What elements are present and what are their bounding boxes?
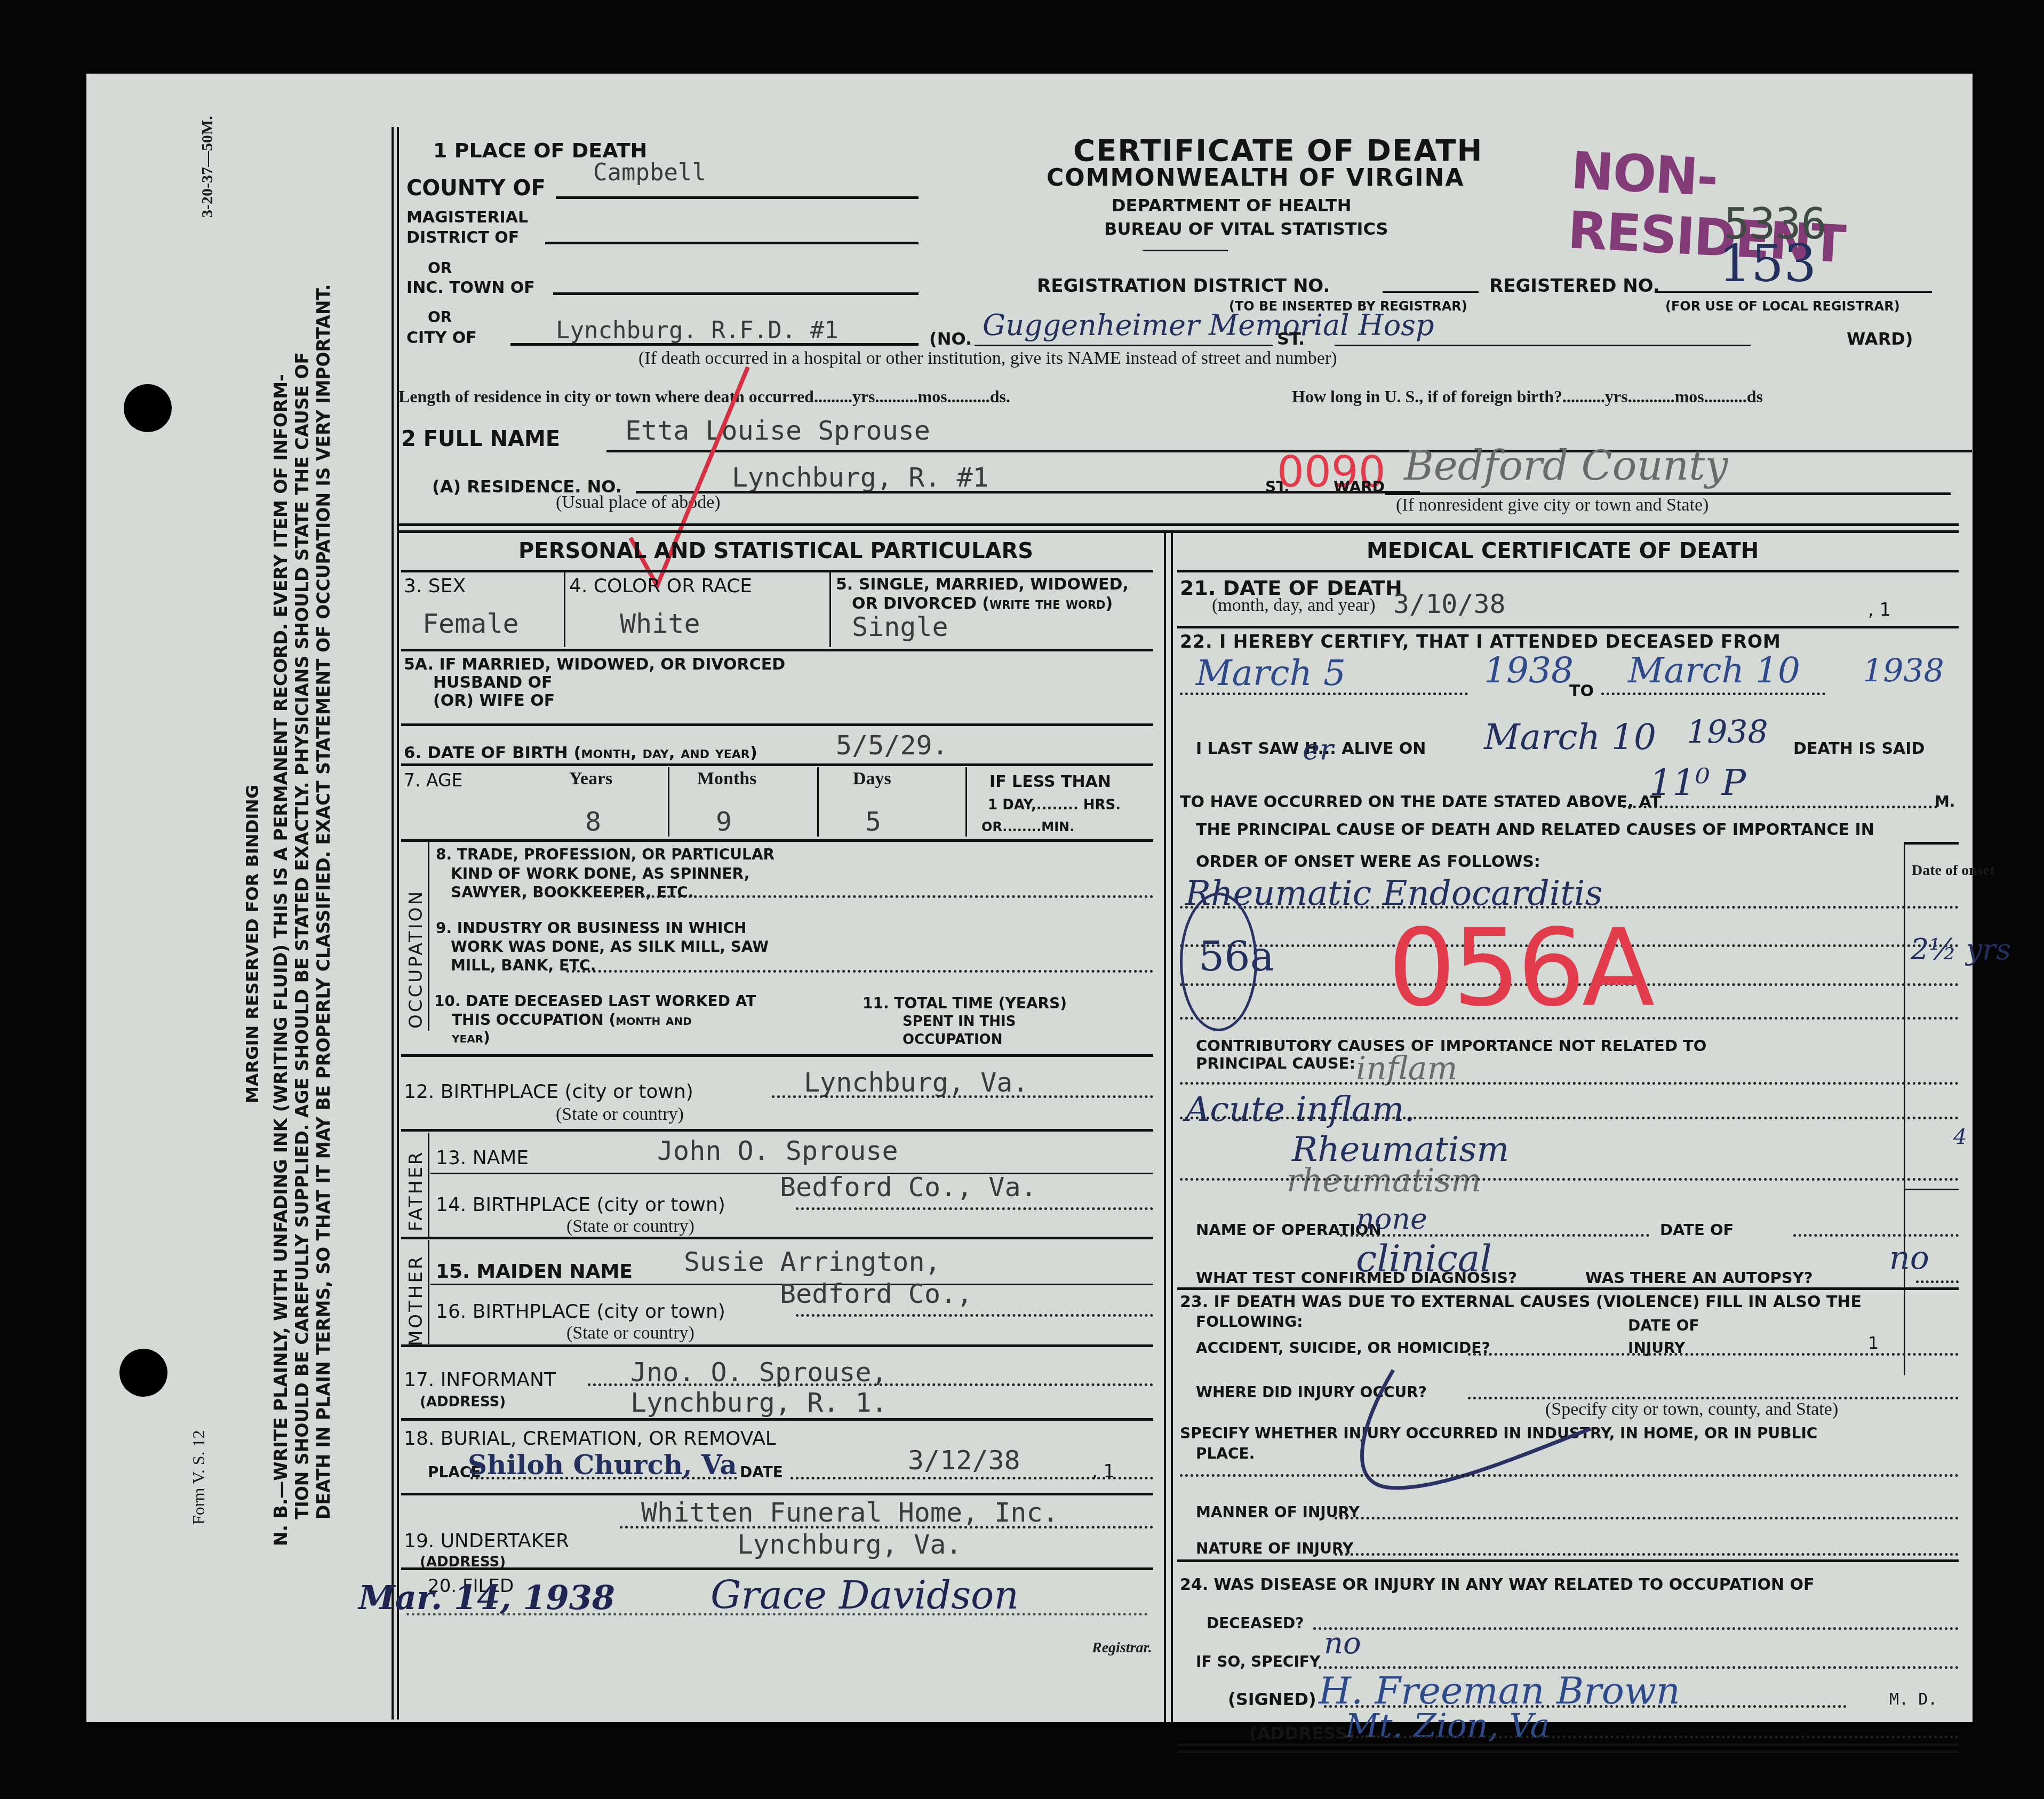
total-time-label-2: SPENT IN THIS xyxy=(903,1014,1016,1030)
dod-note: (month, day, and year) xyxy=(1212,595,1376,616)
birthplace-note: (State or country) xyxy=(556,1104,684,1125)
days-label: Days xyxy=(853,769,891,789)
st-label-header: ST. xyxy=(1277,329,1305,349)
mother-birthplace-label: 16. BIRTHPLACE (city or town) xyxy=(436,1301,725,1323)
ward-value[interactable]: Bedford County xyxy=(1404,442,1728,489)
dod-rule xyxy=(1177,626,1959,628)
cause-intro-2: ORDER OF ONSET WERE AS FOLLOWS: xyxy=(1196,853,1540,871)
months-label: Months xyxy=(697,769,756,789)
contributory-dotline-2 xyxy=(1180,1117,1959,1119)
inc-town-label: INC. TOWN OF xyxy=(406,278,535,297)
autopsy-label: WAS THERE AN AUTOPSY? xyxy=(1585,1269,1813,1287)
external-label-1: 23. IF DEATH WAS DUE TO EXTERNAL CAUSES … xyxy=(1180,1293,1862,1311)
column-divider-inner xyxy=(1171,532,1173,1722)
operation-value[interactable]: none xyxy=(1356,1202,1427,1236)
physician-address-dotline xyxy=(1345,1736,1959,1738)
autopsy-dotline xyxy=(1916,1280,1959,1283)
how-long-in-us: How long in U. S., if of foreign birth?.… xyxy=(1292,387,1763,407)
external-label-2: FOLLOWING: xyxy=(1196,1313,1303,1331)
onset-value[interactable]: 2½ yrs xyxy=(1911,933,2011,966)
row-rule-occupation xyxy=(401,1054,1153,1057)
contributory-onset: 4 xyxy=(1953,1125,1967,1149)
total-time-label-3: OCCUPATION xyxy=(903,1032,1002,1048)
date-of-onset-label: Date of onset xyxy=(1912,862,1995,879)
father-birthplace-label: 14. BIRTHPLACE (city or town) xyxy=(436,1194,725,1216)
father-birthplace-dotline xyxy=(796,1207,1153,1210)
age-divider-2 xyxy=(817,767,819,837)
months-value[interactable]: 9 xyxy=(716,806,732,837)
marital-label-1: 5. SINGLE, MARRIED, WIDOWED, xyxy=(836,575,1129,594)
punch-hole-bottom xyxy=(119,1349,167,1397)
onset-divider xyxy=(1904,842,1905,1375)
spouse-label-2: HUSBAND OF xyxy=(433,673,553,692)
father-birthplace-value[interactable]: Bedford Co., Va. xyxy=(780,1172,1037,1203)
age-label: 7. AGE xyxy=(404,770,462,791)
contributory-dotline-3 xyxy=(1180,1178,1959,1181)
row-rule-3 xyxy=(401,649,1153,651)
time-of-death-value[interactable]: 11⁰ P xyxy=(1649,762,1746,804)
bottom-rule-1 xyxy=(1177,1744,1959,1746)
date-of-injury-label: DATE OF xyxy=(1628,1317,1699,1334)
attended-from-year[interactable]: 1938 xyxy=(1484,650,1574,691)
personal-rule xyxy=(401,570,1153,572)
row-rule-undertaker xyxy=(401,1567,1153,1570)
contributory-1-value[interactable]: Acute inflam. xyxy=(1185,1090,1415,1129)
contributory-dotline-1 xyxy=(1180,1082,1959,1085)
father-name-value[interactable]: John O. Sprouse xyxy=(657,1135,898,1166)
medical-rule xyxy=(1177,570,1959,572)
personal-heading: PERSONAL AND STATISTICAL PARTICULARS xyxy=(518,539,1033,563)
section-rule-2 xyxy=(398,530,1959,533)
commonwealth-title: COMMONWEALTH OF VIRGINA xyxy=(1047,164,1465,192)
age-divider-3 xyxy=(965,767,967,837)
or-label-2: OR xyxy=(428,308,452,326)
undertaker-address-value[interactable]: Lynchburg, Va. xyxy=(737,1529,962,1560)
residence-value[interactable]: Lynchburg, R. #1 xyxy=(732,462,989,493)
county-line xyxy=(556,196,919,199)
occupation-related-dotline xyxy=(1313,1627,1959,1630)
occurred-label: TO HAVE OCCURRED ON THE DATE STATED ABOV… xyxy=(1180,793,1661,811)
row-rule-mother xyxy=(401,1344,1153,1347)
city-value[interactable]: Lynchburg. R.F.D. #1 xyxy=(556,317,839,344)
less-than-3: OR........MIN. xyxy=(981,819,1074,834)
mother-side-label: MOTHER xyxy=(405,1254,427,1346)
time-dotline xyxy=(1623,806,1937,808)
binding-note: MARGIN RESERVED FOR BINDING xyxy=(242,785,262,1103)
last-saw-pronoun[interactable]: er xyxy=(1303,733,1334,766)
ward-label-header: WARD) xyxy=(1847,329,1913,349)
full-name-label: 2 FULL NAME xyxy=(401,427,560,451)
form-left-border-inner xyxy=(397,127,399,1720)
row-rule-father xyxy=(401,1237,1153,1239)
marital-label-2: OR DIVORCED (write the word) xyxy=(852,594,1113,613)
manner-dotline xyxy=(1335,1517,1959,1519)
occupation-side-label: OCCUPATION xyxy=(405,889,427,1029)
father-side-divider xyxy=(428,1133,429,1237)
column-divider xyxy=(1164,532,1166,1722)
ward-label: WARD xyxy=(1334,478,1385,496)
attended-to-year[interactable]: 1938 xyxy=(1863,652,1944,690)
specify-label-2: PLACE. xyxy=(1196,1445,1255,1462)
registered-number-value[interactable]: 153 xyxy=(1719,234,1816,293)
father-birthplace-note: (State or country) xyxy=(566,1216,694,1237)
bottom-rule-2 xyxy=(1177,1750,1959,1753)
row-rule-burial xyxy=(401,1493,1153,1495)
occupation-related-label-1: 24. WAS DISEASE OR INJURY IN ANY WAY REL… xyxy=(1180,1575,1814,1594)
informant-dotline xyxy=(588,1383,1153,1386)
burial-date-label: DATE xyxy=(740,1463,783,1481)
autopsy-value[interactable]: no xyxy=(1889,1239,1929,1277)
time-suffix: M. xyxy=(1935,793,1955,810)
registrar-signature: Grace Davidson xyxy=(710,1573,1019,1618)
mother-birthplace-note: (State or country) xyxy=(566,1323,694,1343)
last-worked-label-3: year) xyxy=(452,1029,490,1046)
row-rule-5a xyxy=(401,723,1153,726)
total-time-label-1: 11. TOTAL TIME (YEARS) xyxy=(863,994,1067,1012)
industry-label-2: WORK WAS DONE, AS SILK MILL, SAW xyxy=(451,938,769,956)
years-label: Years xyxy=(569,769,612,789)
burial-date-value[interactable]: 3/12/38 xyxy=(908,1445,1020,1476)
ward-line-header xyxy=(1335,345,1751,346)
registration-district-line xyxy=(1383,291,1479,293)
birthplace-dotline xyxy=(772,1095,1153,1098)
form-left-border xyxy=(392,127,394,1720)
mother-name-label: 15. MAIDEN NAME xyxy=(436,1261,633,1283)
nature-dotline xyxy=(1335,1553,1959,1556)
days-value[interactable]: 5 xyxy=(865,806,881,837)
trade-label-3: SAWYER, BOOKKEEPER, ETC. xyxy=(451,883,693,901)
mother-name-value[interactable]: Susie Arrington, xyxy=(684,1246,941,1277)
sex-label: 3. SEX xyxy=(404,575,466,597)
street-no-label: (NO. xyxy=(929,329,972,349)
race-value[interactable]: White xyxy=(620,608,700,639)
injury-suffix: 1 xyxy=(1868,1333,1879,1353)
filed-date[interactable]: Mar. 14, 1938 xyxy=(358,1578,615,1617)
margin-instruction-2: TION SHOULD BE CAREFULLY SUPPLIED. AGE S… xyxy=(292,352,313,1519)
occupation-side-divider xyxy=(428,842,429,1031)
nature-label: NATURE OF INJURY xyxy=(1196,1540,1353,1557)
attended-to-value[interactable]: March 10 xyxy=(1628,650,1800,691)
city-label: CITY OF xyxy=(406,329,477,347)
occupation-related-value[interactable]: no xyxy=(1324,1626,1361,1661)
or-label-1: OR xyxy=(428,259,452,277)
sex-value[interactable]: Female xyxy=(422,608,519,639)
attended-from-dotline xyxy=(1180,692,1468,695)
dod-suffix: , 1 xyxy=(1868,599,1891,620)
less-than-2: 1 DAY,........ HRS. xyxy=(988,797,1121,813)
inc-town-line xyxy=(553,292,919,295)
accident-label: ACCIDENT, SUICIDE, OR HOMICIDE? xyxy=(1196,1339,1490,1357)
injury-dotline xyxy=(1468,1353,1959,1356)
test-value[interactable]: clinical xyxy=(1356,1237,1492,1280)
city-line xyxy=(510,343,919,346)
physician-address-value[interactable]: Mt. Zion, Va xyxy=(1345,1706,1550,1745)
physician-address-label: (ADDRESS) xyxy=(1249,1723,1355,1744)
operation-date-dotline xyxy=(1793,1234,1959,1237)
ink-slash-mark xyxy=(1329,1359,1596,1498)
department-label: DEPARTMENT OF HEALTH xyxy=(1112,195,1352,216)
race-label: 4. COLOR OR RACE xyxy=(569,575,752,597)
specify-dotline xyxy=(1180,1474,1959,1477)
form-code: 3-20-37—50M. xyxy=(198,116,217,218)
burial-year-suffix: , 1 xyxy=(1092,1461,1115,1482)
magisterial-label-2: DISTRICT OF xyxy=(406,228,519,247)
birthplace-value[interactable]: Lynchburg, Va. xyxy=(804,1067,1028,1098)
certify-label: 22. I HEREBY CERTIFY, THAT I ATTENDED DE… xyxy=(1180,631,1781,652)
row-rule-12 xyxy=(401,1129,1153,1132)
certificate-paper: 3-20-37—50M. MARGIN RESERVED FOR BINDING… xyxy=(86,74,1973,1722)
institution-value[interactable]: Guggenheimer Memorial Hosp xyxy=(983,308,1434,342)
county-value[interactable]: Campbell xyxy=(593,159,706,186)
years-value[interactable]: 8 xyxy=(585,806,601,837)
signed-label: (SIGNED) xyxy=(1228,1689,1316,1709)
row-rule-6 xyxy=(401,763,1153,766)
sex-divider xyxy=(564,572,565,647)
filed-dotline xyxy=(406,1613,1148,1615)
last-saw-year[interactable]: 1938 xyxy=(1687,714,1768,751)
onset-box-top xyxy=(1905,842,1959,845)
industry-dotline xyxy=(566,970,1153,973)
row-rule-7 xyxy=(401,839,1153,842)
magisterial-line xyxy=(545,242,919,244)
informant-address-label: (ADDRESS) xyxy=(420,1394,506,1410)
trade-label-2: KIND OF WORK DONE, AS SPINNER, xyxy=(451,865,749,882)
row-rule-informant xyxy=(401,1418,1153,1421)
burial-place-dotline xyxy=(470,1477,737,1479)
magisterial-label-1: MAGISTERIAL xyxy=(406,208,528,227)
dob-value[interactable]: 5/5/29. xyxy=(836,730,948,761)
mother-birthplace-value[interactable]: Bedford Co., xyxy=(780,1278,972,1309)
rule-22 xyxy=(1177,1287,1959,1290)
trade-label-1: 8. TRADE, PROFESSION, OR PARTICULAR xyxy=(436,846,775,863)
informant-label: 17. INFORMANT xyxy=(404,1369,556,1391)
cause-intro-1: THE PRINCIPAL CAUSE OF DEATH AND RELATED… xyxy=(1196,821,1874,839)
last-worked-label-2: THIS OCCUPATION (month and xyxy=(452,1011,692,1029)
operation-date-label: DATE OF xyxy=(1660,1221,1734,1239)
death-said-label: DEATH IS SAID xyxy=(1793,739,1925,758)
undertaker-value[interactable]: Whitten Funeral Home, Inc. xyxy=(641,1497,1059,1528)
race-divider xyxy=(829,572,831,647)
margin-instruction-3: DEATH IN PLAIN TERMS, SO THAT IT MAY BE … xyxy=(313,284,334,1519)
county-label: COUNTY OF xyxy=(406,176,546,201)
certificate-title: CERTIFICATE OF DEATH xyxy=(1073,133,1483,168)
burial-place-value[interactable]: Shiloh Church, Va xyxy=(468,1449,737,1480)
punch-hole-top xyxy=(124,384,172,432)
registered-no-note: (FOR USE OF LOCAL REGISTRAR) xyxy=(1665,299,1900,314)
father-side-label: FATHER xyxy=(405,1150,427,1232)
to-label: TO xyxy=(1569,682,1594,701)
occupation-related-label-2: DECEASED? xyxy=(1207,1614,1304,1632)
undertaker-dotline xyxy=(620,1526,1153,1529)
registrar-label: Registrar. xyxy=(1092,1639,1152,1657)
form-id: Form V. S. 12 xyxy=(189,1430,209,1525)
header-rule xyxy=(1143,250,1228,251)
bureau-label: BUREAU OF VITAL STATISTICS xyxy=(1104,219,1388,239)
spouse-label-3: (OR) WIFE OF xyxy=(433,691,555,710)
dod-value[interactable]: 3/10/38 xyxy=(1393,588,1506,619)
less-than-1: IF LESS THAN xyxy=(989,773,1111,791)
undertaker-label: 19. UNDERTAKER xyxy=(404,1530,569,1552)
section-rule-1 xyxy=(398,523,1959,526)
attended-from-value[interactable]: March 5 xyxy=(1196,652,1346,694)
contributory-label-2: PRINCIPAL CAUSE: xyxy=(1196,1054,1355,1072)
md-label: M. D. xyxy=(1889,1690,1937,1709)
if-so-label: IF SO, SPECIFY xyxy=(1196,1653,1320,1670)
spouse-label-1: 5A. IF MARRIED, WIDOWED, OR DIVORCED xyxy=(404,655,785,674)
attended-to-dotline xyxy=(1601,692,1825,695)
industry-label-1: 9. INDUSTRY OR BUSINESS IN WHICH xyxy=(436,919,747,937)
trade-dotline xyxy=(620,895,1153,898)
registered-no-label: REGISTERED NO. xyxy=(1489,275,1660,297)
last-worked-label-1: 10. DATE DECEASED LAST WORKED AT xyxy=(434,992,756,1010)
rule-23 xyxy=(1177,1559,1959,1562)
informant-address-value[interactable]: Lynchburg, R. 1. xyxy=(630,1387,888,1418)
burial-label: 18. BURIAL, CREMATION, OR REMOVAL xyxy=(404,1428,776,1450)
nonresident-note: (If nonresident give city or town and St… xyxy=(1396,495,1708,515)
birthplace-label: 12. BIRTHPLACE (city or town) xyxy=(404,1081,693,1103)
margin-instruction-1: N. B.—WRITE PLAINLY, WITH UNFADING INK (… xyxy=(270,374,291,1546)
registration-district-label: REGISTRATION DISTRICT NO. xyxy=(1037,275,1330,297)
contributory-pencil-2: rheumatism xyxy=(1287,1162,1481,1199)
circled-code: 56a xyxy=(1199,933,1274,980)
last-saw-value[interactable]: March 10 xyxy=(1484,717,1656,758)
marital-value[interactable]: Single xyxy=(852,611,948,642)
father-name-label: 13. NAME xyxy=(436,1147,529,1169)
age-divider-1 xyxy=(668,767,669,837)
red-cause-code: 056A xyxy=(1388,906,1652,1030)
medical-heading: MEDICAL CERTIFICATE OF DEATH xyxy=(1367,539,1759,563)
mother-side-divider xyxy=(428,1240,429,1344)
dob-label: 6. DATE OF BIRTH (month, day, and year) xyxy=(404,743,757,762)
street-line xyxy=(975,345,1273,346)
mother-birthplace-dotline xyxy=(796,1314,1153,1317)
registered-no-line xyxy=(1655,291,1932,293)
onset-box-bottom xyxy=(1905,1189,1959,1190)
